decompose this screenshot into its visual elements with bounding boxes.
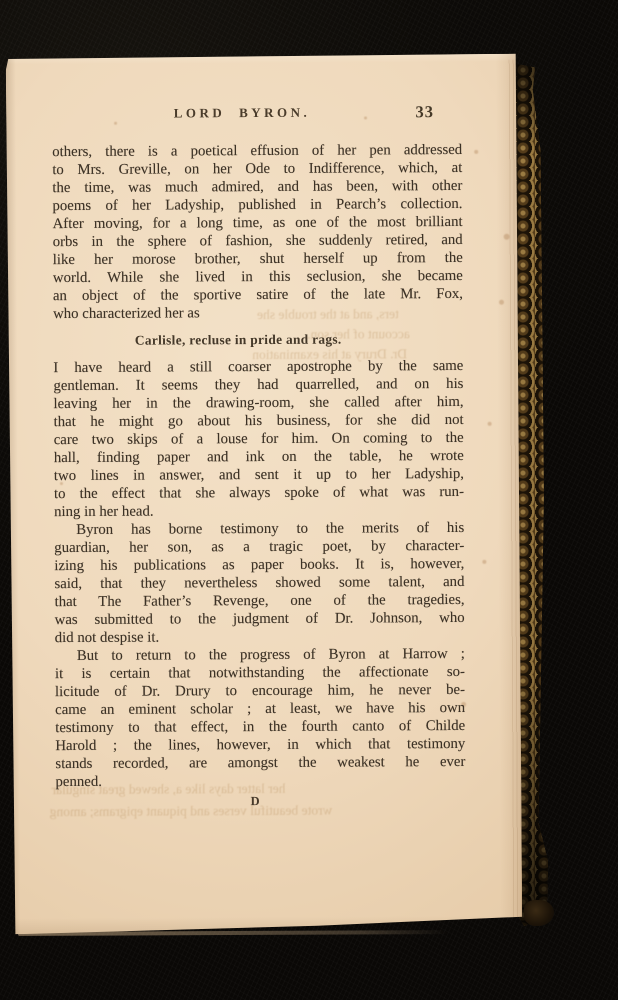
text-line: an object of the sportive satire of the …	[53, 285, 463, 305]
text-line: care two skips of a louse for him. On co…	[54, 429, 464, 449]
text-line: two lines in answer, and sent it up to h…	[54, 465, 464, 485]
text-line: Harold ; the lines, however, in which th…	[55, 735, 465, 755]
text-line: hall, finding paper and ink on the table…	[54, 447, 464, 467]
text-line: like her morose brother, shut herself up…	[53, 249, 463, 269]
body-text: others, there is a poetical effusion of …	[52, 141, 465, 810]
text-line: guardian, her son, as a tragic poet, by …	[54, 537, 464, 557]
text-line: I have heard a still coarser apostrophe …	[53, 357, 463, 377]
text-line: was submitted to the judgment of Dr. Joh…	[55, 609, 465, 629]
text-line: world. While she lived in this seclusion…	[53, 267, 463, 287]
foxing-spot	[504, 234, 510, 240]
text-line: licitude of Dr. Drury to encourage him, …	[55, 681, 465, 701]
text-line: to Mrs. Greville, on her Ode to Indiffer…	[52, 159, 462, 179]
text-line: the time, was much admired, and has been…	[52, 177, 462, 197]
text-line: it is certain that notwithstanding the a…	[55, 663, 465, 683]
text-line: After moving, for a long time, as one of…	[53, 213, 463, 233]
text-line: stands recorded, are amongst the weakest…	[55, 753, 465, 773]
text-line: poems of her Ladyship, published in Pear…	[52, 195, 462, 215]
page-number: 33	[415, 102, 434, 122]
foxing-spot	[499, 300, 504, 305]
foxing-spot	[482, 560, 486, 564]
text-line: gentleman. It seems they had quarrelled,…	[53, 375, 463, 395]
foxing-spot	[474, 150, 478, 154]
text-line: izing his publications as paper books. I…	[54, 555, 464, 575]
text-line: others, there is a poetical effusion of …	[52, 141, 462, 161]
text-line: penned.	[55, 771, 465, 791]
book-page: LORD BYRON. 33 ters, and at the trouble …	[6, 54, 523, 935]
text-line: who characterized her as	[53, 303, 463, 323]
text-line: orbs in the sphere of fashion, she sudde…	[53, 231, 463, 251]
text-line: Byron has borne testimony to the merits …	[54, 519, 464, 539]
running-header: LORD BYRON. 33	[6, 104, 518, 127]
text-line: said, that they nevertheless showed some…	[54, 573, 464, 593]
text-line: But to return to the progress of Byron a…	[55, 645, 465, 665]
text-line: testimony to that effect, in the fourth …	[55, 717, 465, 737]
text-line: leaving her in the drawing-room, she cal…	[53, 393, 463, 413]
text-line: did not despise it.	[55, 627, 465, 647]
text-line: that The Father’s Revenge, one of the tr…	[55, 591, 465, 611]
header-title: LORD BYRON.	[6, 104, 478, 122]
text-line: came an eminent scholar ; at least, we h…	[55, 699, 465, 719]
text-line: that he might go about his business, for…	[54, 411, 464, 431]
quote-line: Carlisle, recluse in pride and rags.	[53, 330, 423, 350]
foxing-spot	[488, 422, 492, 426]
text-line: to the effect that she always spoke of w…	[54, 483, 464, 503]
text-line: ning in her head.	[54, 501, 464, 521]
signature-mark: D	[56, 793, 466, 810]
